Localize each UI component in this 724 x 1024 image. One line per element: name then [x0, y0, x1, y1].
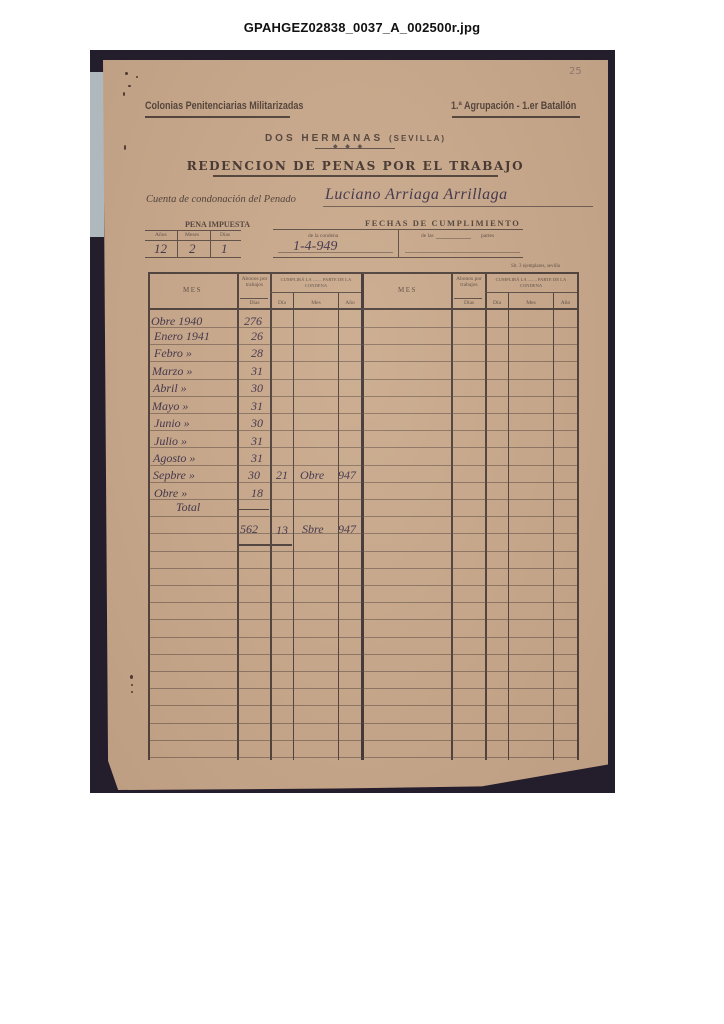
document-title: REDENCION DE PENAS POR EL TRABAJO [103, 159, 608, 173]
row-rule [148, 482, 578, 483]
pena-col-anos: Años [155, 232, 167, 238]
title-underline [213, 175, 498, 177]
row-rule [148, 568, 578, 569]
rule [177, 230, 178, 257]
row-1-dias: 276 [244, 314, 262, 329]
rule [405, 252, 520, 253]
stain-mark [130, 675, 133, 679]
row-rule [148, 637, 578, 638]
header-left: Colonias Penitenciarias Militarizadas [145, 100, 303, 112]
table-top-border [148, 272, 579, 274]
row-8-mes: Julio » [154, 434, 187, 449]
ornament-divider [315, 148, 395, 149]
rule [398, 229, 399, 257]
pena-impuesta-title: PENA IMPUESTA [185, 220, 250, 229]
row-10-dias: 30 [248, 468, 260, 483]
partes-label-pre: de las [421, 233, 434, 239]
th-ano-right: Año [554, 300, 577, 306]
rule [145, 230, 241, 231]
penado-name: Luciano Arriaga Arrillaga [325, 186, 508, 204]
row-2-dias: 26 [251, 329, 263, 344]
page-number: 25 [569, 66, 582, 77]
row-rule [148, 533, 578, 534]
row-rule [148, 740, 578, 741]
row-11-dias: 18 [251, 486, 263, 501]
header-left-underline [145, 116, 290, 118]
row-7-mes: Junio » [154, 416, 190, 431]
th-mes-col-right: Mes [509, 300, 553, 306]
header-subrule [240, 298, 268, 299]
row-10-dia: 21 [276, 468, 288, 483]
row-rule [148, 671, 578, 672]
row-rule [148, 344, 578, 345]
th-cumplira-right: CUMPLIRÁ LA ........ PARTE DE LA CONDENA [488, 277, 574, 289]
row-rule [148, 413, 578, 414]
header-right-underline [452, 116, 580, 118]
row-4-mes: Marzo » [152, 364, 192, 379]
row-4-dias: 31 [251, 364, 263, 379]
stain-mark [128, 85, 131, 87]
th-dia-left: Día [271, 300, 293, 306]
row-rule [148, 705, 578, 706]
th-cumplira-left: CUMPLIRÁ LA ........ PARTE DE LA CONDENA [273, 277, 359, 289]
row-rule [148, 361, 578, 362]
row-5-mes: Abril » [153, 381, 187, 396]
row-rule [148, 551, 578, 552]
total-dias: 562 [240, 522, 258, 537]
row-3-mes: Febro » [154, 346, 192, 361]
row-1-mes: Obre 1940 [151, 314, 202, 329]
stain-mark [124, 145, 126, 150]
row-rule [148, 327, 578, 328]
th-abonos-unit-right: Días [453, 300, 485, 306]
file-title: GPAHGEZ02838_0037_A_002500r.jpg [0, 20, 724, 35]
row-rule [148, 723, 578, 724]
stain-mark [131, 684, 133, 686]
row-total-label: Total [176, 500, 200, 515]
row-rule [148, 654, 578, 655]
th-mes-left: MES [148, 287, 237, 293]
document-page: 25 Colonias Penitenciarias Militarizadas… [103, 60, 608, 790]
row-10-mes: Sepbre » [153, 468, 195, 483]
stain-mark [136, 76, 138, 78]
col-line [508, 292, 509, 760]
row-rule [148, 430, 578, 431]
row-9-dias: 31 [251, 451, 263, 466]
total-dia: 13 [276, 523, 288, 538]
row-2-mes: Enero 1941 [154, 329, 210, 344]
cuenta-label: Cuenta de condonación del Penado [146, 194, 296, 205]
row-rule [148, 619, 578, 620]
col-line [553, 292, 554, 760]
rule [273, 257, 523, 258]
row-rule [148, 396, 578, 397]
th-dia-right: Día [486, 300, 508, 306]
header-right: 1.ª Agrupación - 1.er Batallón [451, 100, 576, 112]
total-rule [239, 544, 292, 546]
rule [278, 252, 393, 253]
th-abonos-left: Abonos por trabajos [239, 276, 270, 288]
row-rule [148, 602, 578, 603]
row-10-mes-c: Obre [300, 468, 324, 483]
header-subrule [454, 298, 482, 299]
total-ano: 947 [338, 522, 356, 537]
th-abonos-unit-left: Días [239, 300, 270, 306]
pena-meses-value: 2 [189, 241, 196, 257]
redemption-table: MES Abonos por trabajos Días CUMPLIRÁ LA… [148, 272, 578, 760]
row-rule [148, 447, 578, 448]
th-mes-col-left: Mes [294, 300, 338, 306]
place-name: DOS HERMANAS [265, 133, 383, 144]
row-6-mes: Mayo » [152, 399, 188, 414]
row-rule [148, 499, 578, 500]
rule [145, 257, 241, 258]
row-5-dias: 30 [251, 381, 263, 396]
row-rule [148, 379, 578, 380]
fechas-cumplimiento-title: FECHAS DE CUMPLIMIENTO [365, 218, 520, 228]
th-ano-left: Año [339, 300, 361, 306]
total-rule [239, 509, 269, 510]
pena-col-meses: Meses [185, 232, 199, 238]
rule [436, 238, 471, 239]
rule [210, 230, 211, 257]
place-region: (SEVILLA) [389, 134, 446, 143]
stain-mark [123, 92, 125, 96]
stain-mark [125, 72, 128, 75]
th-mes-right: MES [364, 287, 451, 293]
row-11-mes: Obre » [154, 486, 187, 501]
col-line [293, 292, 294, 760]
stain-mark [131, 691, 133, 693]
th-abonos-right: Abonos por trabajos [453, 276, 485, 288]
pena-dias-value: 1 [221, 241, 228, 257]
row-rule [148, 688, 578, 689]
row-rule [148, 757, 578, 758]
row-rule [148, 465, 578, 466]
pena-col-dias: Días [220, 232, 230, 238]
penado-underline [323, 206, 593, 207]
total-mes-c: Sbre [302, 522, 324, 537]
row-rule [148, 516, 578, 517]
row-9-mes: Agosto » [153, 451, 195, 466]
row-3-dias: 28 [251, 346, 263, 361]
row-10-ano: 947 [338, 468, 356, 483]
imprenta-note: Sit. 3 ejemplares, sevilla [511, 264, 560, 269]
row-rule [148, 585, 578, 586]
partes-label-post: partes [481, 233, 494, 239]
row-6-dias: 31 [251, 399, 263, 414]
row-8-dias: 31 [251, 434, 263, 449]
header-bottom-border [148, 308, 579, 310]
header-subrule [485, 292, 577, 293]
header-subrule [270, 292, 361, 293]
scan-edge-strip [90, 72, 104, 237]
pena-anos-value: 12 [154, 241, 167, 257]
row-7-dias: 30 [251, 416, 263, 431]
